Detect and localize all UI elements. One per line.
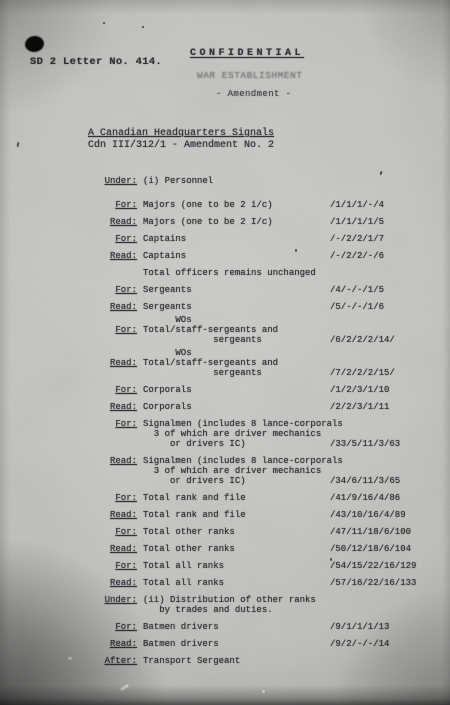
row-strength-value: /-/2/2/1/7 <box>330 234 384 244</box>
ink-speck <box>330 558 332 561</box>
amendment-row: Total officers remains unchanged <box>93 268 443 278</box>
row-keyword: For: <box>115 561 137 571</box>
row-keyword-cell: For: <box>93 315 137 345</box>
row-keyword: Read: <box>110 639 137 649</box>
classification-heading: CONFIDENTIAL <box>190 48 304 59</box>
row-strength-value: /1/1/1/1/5 <box>330 217 384 227</box>
row-keyword-cell: For: <box>93 234 137 244</box>
row-keyword: Read: <box>110 358 137 368</box>
row-keyword: Under: <box>105 595 137 605</box>
ink-speck <box>142 26 144 28</box>
amendment-row: Read: Total rank and file /43/10/16/4/89 <box>93 510 443 520</box>
row-strength-value: /9/1/1/1/13 <box>330 622 389 632</box>
row-strength-value: /50/12/18/6/104 <box>330 544 411 554</box>
amendment-row: For: Corporals /1/2/3/1/10 <box>93 385 443 395</box>
row-strength-value: /7/2/2/2/15/ <box>330 368 395 378</box>
description-line: Majors (one to be 2 I/c) <box>143 217 273 227</box>
description-line: Total other ranks <box>143 527 235 537</box>
document-content: SD 2 Letter No. 414. CONFIDENTIAL WAR ES… <box>0 0 450 705</box>
row-keyword-cell: Under: <box>93 176 137 186</box>
row-keyword-cell: For: <box>93 622 137 632</box>
row-keyword-cell: Read: <box>93 348 137 378</box>
ink-speck <box>17 142 20 147</box>
row-keyword: For: <box>115 234 137 244</box>
row-keyword: After: <box>105 656 137 666</box>
row-keyword: For: <box>115 385 137 395</box>
row-strength-value: /2/2/3/1/11 <box>330 402 389 412</box>
row-keyword-cell: Read: <box>93 510 137 520</box>
amendment-row: Read: Signalmen (includes 8 lance-corpor… <box>93 456 443 486</box>
row-description: Corporals <box>143 402 192 412</box>
row-description: Total all ranks <box>143 561 224 571</box>
description-line: Total/staff-sergeants and <box>143 325 278 335</box>
description-line: Corporals <box>143 385 192 395</box>
amendment-row: Read: Sergeants /5/-/-/1/6 <box>93 302 443 312</box>
row-description: Majors (one to be 2 i/c) <box>143 200 273 210</box>
description-line: Batmen drivers <box>143 622 219 632</box>
row-keyword: Read: <box>110 251 137 261</box>
row-keyword: Read: <box>110 456 137 466</box>
description-line: WOs <box>143 348 278 358</box>
description-line: Signalmen (includes 8 lance-corporals <box>143 419 343 429</box>
row-description: Total rank and file <box>143 510 246 520</box>
letter-number: SD 2 Letter No. 414. <box>30 56 162 68</box>
description-line: or drivers IC) <box>143 476 343 486</box>
amendment-row: Read: Majors (one to be 2 I/c) /1/1/1/1/… <box>93 217 443 227</box>
description-line: Total officers remains unchanged <box>143 268 316 278</box>
row-keyword: Under: <box>105 176 137 186</box>
description-line: (ii) Distribution of other ranks <box>143 595 316 605</box>
amendment-row: Read: Batmen drivers /9/2/-/-/14 <box>93 639 443 649</box>
row-strength-value: /43/10/16/4/89 <box>330 510 406 520</box>
amendment-row: For: Majors (one to be 2 i/c) /1/1/1/-/4 <box>93 200 443 210</box>
row-description: Total all ranks <box>143 578 224 588</box>
description-line: Sergeants <box>143 285 192 295</box>
description-line: Transport Sergeant <box>143 656 240 666</box>
row-strength-value: /54/15/22/16/129 <box>330 561 416 571</box>
row-description: Total rank and file <box>143 493 246 503</box>
hole-punch-mark <box>24 35 45 53</box>
description-line: Total rank and file <box>143 510 246 520</box>
description-line: Total other ranks <box>143 544 235 554</box>
description-line: Batmen drivers <box>143 639 219 649</box>
row-keyword: Read: <box>110 217 137 227</box>
row-keyword: Read: <box>110 302 137 312</box>
row-description: Total other ranks <box>143 544 235 554</box>
row-keyword-cell: For: <box>93 527 137 537</box>
ink-speck <box>103 22 105 24</box>
row-strength-value: /47/11/18/6/100 <box>330 527 411 537</box>
description-line: 3 of which are driver mechanics <box>143 466 343 476</box>
amendment-row: Under: (i) Personnel <box>93 176 443 186</box>
description-line: Corporals <box>143 402 192 412</box>
row-keyword-cell: For: <box>93 493 137 503</box>
description-line: sergeants <box>143 368 278 378</box>
row-description: Signalmen (includes 8 lance-corporals 3 … <box>143 456 343 486</box>
amendment-row: For: Batmen drivers /9/1/1/1/13 <box>93 622 443 632</box>
description-line: Signalmen (includes 8 lance-corporals <box>143 456 343 466</box>
row-keyword: For: <box>115 200 137 210</box>
row-keyword-cell: Read: <box>93 402 137 412</box>
row-description: Sergeants <box>143 285 192 295</box>
unit-title: A Canadian Headquarters Signals <box>88 128 274 140</box>
row-description: Total other ranks <box>143 527 235 537</box>
row-strength-value: /33/5/11/3/63 <box>330 439 400 449</box>
description-line: by trades and duties. <box>143 605 316 615</box>
description-line: Captains <box>143 234 186 244</box>
row-keyword: For: <box>115 419 137 429</box>
description-line: Total all ranks <box>143 578 224 588</box>
row-keyword: Read: <box>110 544 137 554</box>
amendment-row: For: WOsTotal/staff-sergeants and sergea… <box>93 315 443 345</box>
row-keyword: For: <box>115 527 137 537</box>
row-description: WOsTotal/staff-sergeants and sergeants <box>143 315 278 345</box>
row-strength-value: /34/6/11/3/65 <box>330 476 400 486</box>
description-line: Sergeants <box>143 302 192 312</box>
row-description: Captains <box>143 234 186 244</box>
row-keyword-cell: Read: <box>93 456 137 486</box>
description-line: Majors (one to be 2 i/c) <box>143 200 273 210</box>
row-strength-value: /1/1/1/-/4 <box>330 200 384 210</box>
amendment-rows: Under: (i) Personnel For: Majors (one to… <box>93 176 443 673</box>
row-strength-value: /1/2/3/1/10 <box>330 385 389 395</box>
description-line: or drivers IC) <box>143 439 343 449</box>
amendment-row: For: Sergeants /4/-/-/1/5 <box>93 285 443 295</box>
row-keyword-cell: For: <box>93 385 137 395</box>
row-keyword: For: <box>115 622 137 632</box>
description-line: sergeants <box>143 335 278 345</box>
unit-title-block: A Canadian Headquarters Signals Cdn III/… <box>88 128 274 151</box>
row-strength-value: /5/-/-/1/6 <box>330 302 384 312</box>
row-keyword-cell: For: <box>93 561 137 571</box>
row-keyword-cell: Read: <box>93 639 137 649</box>
row-keyword-cell: Read: <box>93 302 137 312</box>
ink-speck <box>380 171 383 175</box>
row-description: (ii) Distribution of other ranks by trad… <box>143 595 316 615</box>
ink-speck <box>295 249 297 252</box>
row-keyword-cell: For: <box>93 200 137 210</box>
reference-line: Cdn III/312/1 - Amendment No. 2 <box>88 140 274 152</box>
row-description: Captains <box>143 251 186 261</box>
description-line: WOs <box>143 315 278 325</box>
row-keyword: Read: <box>110 402 137 412</box>
row-description: Majors (one to be 2 I/c) <box>143 217 273 227</box>
row-keyword: For: <box>115 285 137 295</box>
row-keyword-cell: Under: <box>93 595 137 615</box>
row-description: Batmen drivers <box>143 639 219 649</box>
row-description: (i) Personnel <box>143 176 213 186</box>
scratch-mark <box>262 690 265 693</box>
row-strength-value: /-/2/2/-/6 <box>330 251 384 261</box>
row-description: Corporals <box>143 385 192 395</box>
description-line: Total rank and file <box>143 493 246 503</box>
row-keyword-cell: For: <box>93 285 137 295</box>
description-line: (i) Personnel <box>143 176 213 186</box>
row-description: WOsTotal/staff-sergeants and sergeants <box>143 348 278 378</box>
scratch-mark <box>120 684 129 691</box>
description-line: Total all ranks <box>143 561 224 571</box>
row-strength-value: /6/2/2/2/14/ <box>330 335 395 345</box>
row-description: Batmen drivers <box>143 622 219 632</box>
amendment-row: For: Total other ranks /47/11/18/6/100 <box>93 527 443 537</box>
description-line: 3 of which are driver mechanics <box>143 429 343 439</box>
amendment-row: For: Signalmen (includes 8 lance-corpora… <box>93 419 443 449</box>
row-strength-value: /41/9/16/4/86 <box>330 493 400 503</box>
row-keyword-cell: Read: <box>93 578 137 588</box>
amendment-row: For: Total all ranks /54/15/22/16/129 <box>93 561 443 571</box>
row-keyword-cell: For: <box>93 419 137 449</box>
amendment-row: Read: Corporals /2/2/3/1/11 <box>93 402 443 412</box>
row-strength-value: /9/2/-/-/14 <box>330 639 389 649</box>
scratch-mark <box>68 657 72 660</box>
amendment-heading: - Amendment - <box>216 89 291 99</box>
row-keyword: For: <box>115 493 137 503</box>
row-description: Total officers remains unchanged <box>143 268 316 278</box>
row-keyword-cell: Read: <box>93 251 137 261</box>
war-establishment-heading: WAR ESTABLISHMENT <box>197 70 302 81</box>
row-keyword: Read: <box>110 510 137 520</box>
description-line: Total/staff-sergeants and <box>143 358 278 368</box>
description-line: Captains <box>143 251 186 261</box>
amendment-row: Read: WOsTotal/staff-sergeants and serge… <box>93 348 443 378</box>
amendment-row: For: Total rank and file /41/9/16/4/86 <box>93 493 443 503</box>
row-strength-value: /4/-/-/1/5 <box>330 285 384 295</box>
amendment-row: For: Captains /-/2/2/1/7 <box>93 234 443 244</box>
row-strength-value: /57/16/22/16/133 <box>330 578 416 588</box>
document-page: SD 2 Letter No. 414. CONFIDENTIAL WAR ES… <box>0 0 450 705</box>
row-description: Transport Sergeant <box>143 656 240 666</box>
row-keyword-cell: Read: <box>93 544 137 554</box>
row-keyword: Read: <box>110 578 137 588</box>
row-description: Signalmen (includes 8 lance-corporals 3 … <box>143 419 343 449</box>
amendment-row: Read: Captains /-/2/2/-/6 <box>93 251 443 261</box>
row-keyword: For: <box>115 325 137 335</box>
row-keyword-cell <box>93 268 137 278</box>
row-keyword-cell: After: <box>93 656 137 666</box>
row-keyword-cell: Read: <box>93 217 137 227</box>
amendment-row: Under: (ii) Distribution of other ranks … <box>93 595 443 615</box>
amendment-row: Read: Total all ranks /57/16/22/16/133 <box>93 578 443 588</box>
amendment-row: After: Transport Sergeant <box>93 656 443 666</box>
row-description: Sergeants <box>143 302 192 312</box>
amendment-row: Read: Total other ranks /50/12/18/6/104 <box>93 544 443 554</box>
